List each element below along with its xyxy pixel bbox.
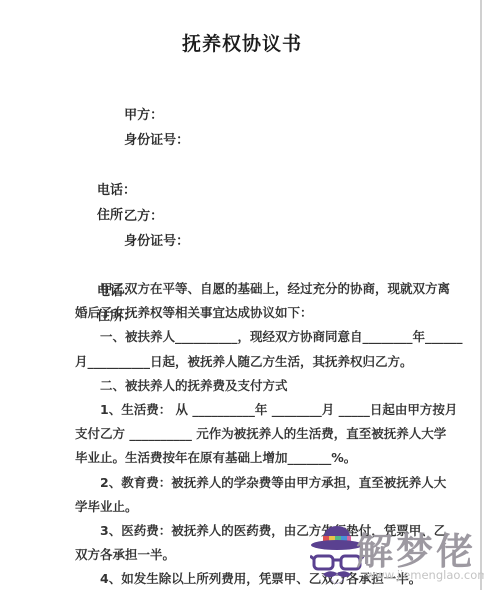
watermark-url: www.jiemenglao.com	[366, 570, 484, 582]
body-line: 婚后子女抚养权等相关事宜达成协议如下：	[75, 301, 480, 325]
body-line: 月__________日起，被抚养人随乙方生活，其抚养权归乙方。	[75, 350, 480, 374]
body-line: 支付乙方 __________ 元作为被抚养人的生活费，直至被抚养人大学	[75, 422, 480, 446]
watermark-brand-text: 解梦佬	[356, 533, 476, 570]
page-title: 抚养权协议书	[0, 29, 484, 56]
party-a-row-1: 甲方： 身份证号：	[97, 78, 260, 178]
body-line: 甲乙双方在平等、自愿的基础上，经过充分的协商，现就双方离	[75, 277, 480, 301]
body-line: 学毕业止。	[75, 495, 480, 519]
party-a-id-label: 身份证号：	[124, 133, 189, 148]
body-line: 毕业止。生活费按年在原有基础上增加_______%。	[75, 446, 480, 470]
body-line: 一、被扶养人__________，现经双方协商同意自________年_____…	[75, 325, 480, 349]
body-line: 1、生活费： 从 __________年 ________月 _____日起由甲…	[75, 398, 480, 422]
body-line: 二、被扶养人的抚养费及支付方式	[75, 374, 480, 398]
page-right-border	[480, 0, 482, 590]
party-b-row-1: 乙方： 身份证号：	[97, 179, 260, 279]
party-b-label: 乙方：	[124, 204, 260, 229]
party-a-label: 甲方：	[124, 103, 260, 128]
body-line: 2、教育费：被抚养人的学杂费等由甲方承担，直至被抚养人大	[75, 471, 480, 495]
document-page: 抚养权协议书 甲方： 身份证号： 电话： 住所： 乙方： 身份证号： 电话： 住…	[0, 0, 484, 590]
party-b-id-label: 身份证号：	[124, 234, 189, 249]
